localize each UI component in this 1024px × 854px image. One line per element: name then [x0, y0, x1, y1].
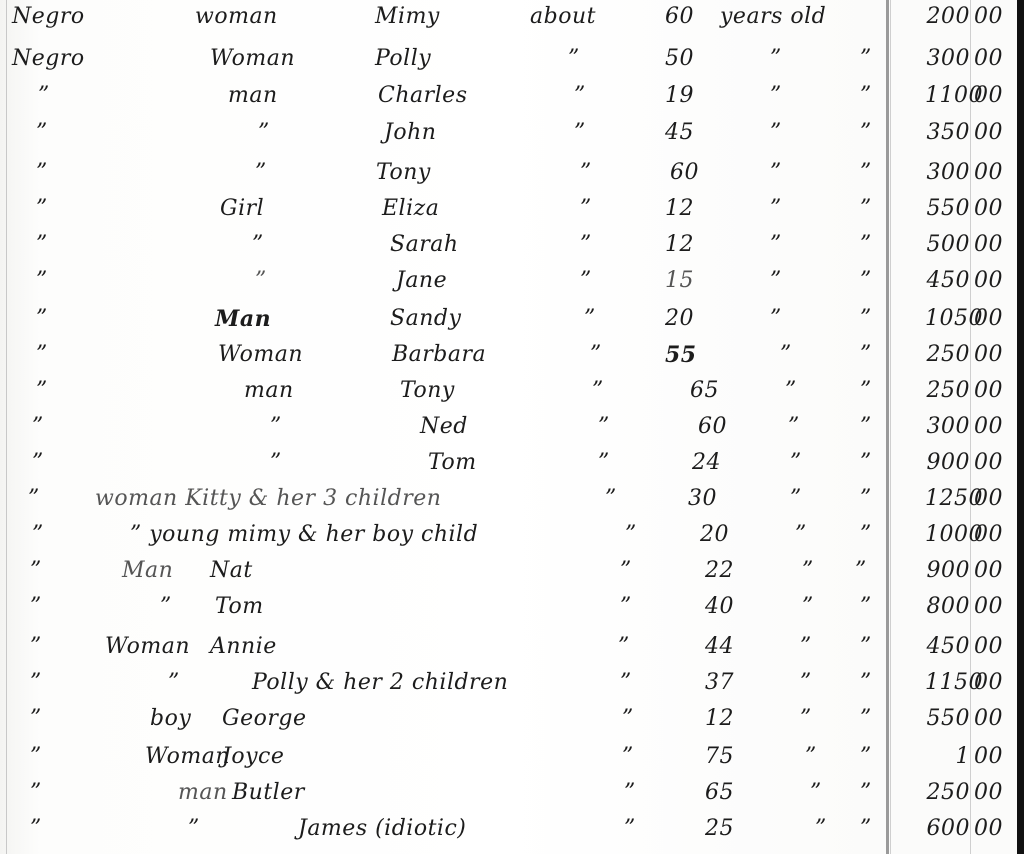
ledger-row: ” Woman Barbara ” 55 ” ” 250 00 — [0, 340, 1024, 376]
ledger-row: ” Man Nat ” 22 ” ” 900 00 — [0, 556, 1024, 592]
ledger-row: ” boy George ” 12 ” ” 550 00 — [0, 704, 1024, 740]
ledger-row: ” ” James (idiotic) ” 25 ” ” 600 00 — [0, 814, 1024, 850]
ledger-row: ” Man Sandy ” 20 ” ” 1050 00 — [0, 304, 1024, 340]
about-cell: ” — [598, 412, 610, 442]
dollars-cell: 1150 — [925, 668, 970, 698]
ditto-cell: ” — [860, 668, 872, 698]
cents-cell: 00 — [974, 194, 1003, 224]
dollars-cell: 600 — [925, 814, 970, 844]
name-cell: Ned — [420, 412, 468, 442]
cents-cell: 00 — [974, 81, 1003, 111]
age-cell: 55 — [665, 340, 697, 370]
dollars-cell: 1250 — [925, 484, 970, 514]
ledger-row: Negro woman Mimy about 60 years old 200 … — [0, 2, 1024, 38]
dollars-cell: 1100 — [925, 81, 970, 111]
age-cell: 60 — [670, 158, 699, 188]
ditto-cell: ” — [780, 340, 792, 370]
race-cell: ” — [36, 158, 48, 188]
race-cell: ” — [30, 592, 42, 622]
cents-cell: 00 — [974, 412, 1003, 442]
age-cell: 20 — [700, 520, 729, 550]
age-cell: 45 — [665, 118, 694, 148]
about-cell: ” — [598, 448, 610, 478]
name-cell: Polly — [375, 44, 431, 74]
age-cell: 20 — [665, 304, 694, 334]
type-cell: man — [228, 81, 278, 111]
dollars-cell: 900 — [925, 448, 970, 478]
cents-cell: 00 — [974, 778, 1003, 808]
dollars-cell: 800 — [925, 592, 970, 622]
dollars-cell: 300 — [925, 412, 970, 442]
dollars-cell: 350 — [925, 118, 970, 148]
age-cell: 30 — [688, 484, 717, 514]
ledger-row: ” ” Jane ” 15 ” ” 450 00 — [0, 266, 1024, 302]
ditto-cell: ” — [790, 484, 802, 514]
about-cell: ” — [574, 118, 586, 148]
ledger-row: ” man Tony ” 65 ” ” 250 00 — [0, 376, 1024, 412]
age-cell: 22 — [705, 556, 734, 586]
race-cell: ” — [30, 632, 42, 662]
ditto-cell: ” — [770, 194, 782, 224]
cents-cell: 00 — [974, 668, 1003, 698]
name-cell: Tom — [215, 592, 264, 622]
ledger-row: ” Girl Eliza ” 12 ” ” 550 00 — [0, 194, 1024, 230]
dollars-cell: 1000 — [925, 520, 970, 550]
name-cell: Polly & her 2 children — [252, 668, 508, 698]
dollars-cell: 500 — [925, 230, 970, 260]
type-cell: ” — [160, 592, 172, 622]
race-cell: ” — [38, 81, 50, 111]
race-cell: ” — [30, 778, 42, 808]
about-cell: ” — [622, 704, 634, 734]
name-cell: George — [222, 704, 306, 734]
age-cell: 15 — [665, 266, 694, 296]
ditto-cell: ” — [815, 814, 827, 844]
ditto-cell: ” — [788, 412, 800, 442]
cents-cell: 00 — [974, 556, 1003, 586]
age-cell: 65 — [690, 376, 719, 406]
dollars-cell: 300 — [925, 158, 970, 188]
about-cell: ” — [568, 44, 580, 74]
dollars-cell: 200 — [925, 2, 970, 32]
name-cell: Nat — [210, 556, 253, 586]
about-cell: ” — [580, 194, 592, 224]
ledger-row: ” man Butler ” 65 ” ” 250 00 — [0, 778, 1024, 814]
type-cell: woman — [195, 2, 278, 32]
type-cell: ” — [255, 266, 267, 296]
dollars-cell: 550 — [925, 194, 970, 224]
about-cell: about — [530, 2, 596, 32]
ditto-cell: ” — [860, 704, 872, 734]
cents-cell: 00 — [974, 44, 1003, 74]
cents-cell: 00 — [974, 520, 1003, 550]
about-cell: ” — [624, 778, 636, 808]
ditto-cell: ” — [860, 118, 872, 148]
type-cell: ” — [270, 412, 282, 442]
age-cell: 12 — [705, 704, 734, 734]
type-cell: ” — [168, 668, 180, 698]
about-cell: ” — [620, 556, 632, 586]
name-cell: Sarah — [390, 230, 459, 260]
name-cell: Sandy — [390, 304, 461, 334]
age-cell: 37 — [705, 668, 734, 698]
race-cell: ” — [36, 304, 48, 334]
dollars-cell: 1 — [925, 742, 970, 772]
about-cell: ” — [584, 304, 596, 334]
ditto-cell: ” — [785, 376, 797, 406]
name-cell: Mimy — [375, 2, 440, 32]
about-cell: ” — [620, 668, 632, 698]
cents-cell: 00 — [974, 118, 1003, 148]
race-cell: ” — [36, 230, 48, 260]
type-cell: Man — [122, 556, 173, 586]
race-cell: ” — [30, 814, 42, 844]
about-cell: ” — [625, 520, 637, 550]
ditto-cell: ” — [790, 448, 802, 478]
ledger-row: ” ” Sarah ” 12 ” ” 500 00 — [0, 230, 1024, 266]
name-cell: Annie — [210, 632, 277, 662]
ditto-cell: ” — [855, 556, 867, 586]
ditto-cell: ” — [770, 44, 782, 74]
cents-cell: 00 — [974, 814, 1003, 844]
dollars-cell: 450 — [925, 632, 970, 662]
race-cell: ” — [30, 704, 42, 734]
ditto-cell: ” — [860, 778, 872, 808]
ditto-cell: ” — [860, 742, 872, 772]
years-old-cell: years old — [720, 2, 826, 32]
name-cell: Tony — [400, 376, 455, 406]
about-cell: ” — [624, 814, 636, 844]
ditto-cell: ” — [860, 632, 872, 662]
dollars-cell: 550 — [925, 704, 970, 734]
type-cell: Girl — [220, 194, 264, 224]
name-cell: Barbara — [392, 340, 486, 370]
ditto-cell: ” — [800, 632, 812, 662]
type-cell: ” — [188, 814, 200, 844]
race-cell: Negro — [12, 44, 85, 74]
race-cell: ” — [30, 556, 42, 586]
ledger-row: ” Woman Joyce ” 75 ” ” 1 00 — [0, 742, 1024, 778]
ledger-row: ” Woman Annie ” 44 ” ” 450 00 — [0, 632, 1024, 668]
ditto-cell: ” — [860, 376, 872, 406]
cents-cell: 00 — [974, 266, 1003, 296]
name-cell: Tony — [376, 158, 431, 188]
cents-cell: 00 — [974, 158, 1003, 188]
type-cell: ” — [252, 230, 264, 260]
race-cell: ” — [36, 194, 48, 224]
age-cell: 65 — [705, 778, 734, 808]
age-cell: 12 — [665, 230, 694, 260]
age-cell: 25 — [705, 814, 734, 844]
dollars-cell: 450 — [925, 266, 970, 296]
age-cell: 60 — [665, 2, 694, 32]
name-cell: Eliza — [382, 194, 439, 224]
cents-cell: 00 — [974, 448, 1003, 478]
age-cell: 12 — [665, 194, 694, 224]
type-cell: Woman — [145, 742, 230, 772]
ditto-cell: ” — [770, 304, 782, 334]
cents-cell: 00 — [974, 340, 1003, 370]
ditto-cell: ” — [802, 592, 814, 622]
description-cell: ” young mimy & her boy child — [130, 520, 478, 550]
ledger-row: ” ” Tom ” 40 ” ” 800 00 — [0, 592, 1024, 628]
race-cell: ” — [30, 742, 42, 772]
ledger-row: ” ” John ” 45 ” ” 350 00 — [0, 118, 1024, 154]
about-cell: ” — [605, 484, 617, 514]
ditto-cell: ” — [860, 814, 872, 844]
about-cell: ” — [618, 632, 630, 662]
dollars-cell: 300 — [925, 44, 970, 74]
about-cell: ” — [574, 81, 586, 111]
ditto-cell: ” — [860, 304, 872, 334]
ledger-row: ” ” Tom ” 24 ” ” 900 00 — [0, 448, 1024, 484]
about-cell: ” — [580, 158, 592, 188]
ledger-row: ” man Charles ” 19 ” ” 1100 00 — [0, 81, 1024, 117]
cents-cell: 00 — [974, 592, 1003, 622]
cents-cell: 00 — [974, 230, 1003, 260]
ditto-cell: ” — [860, 81, 872, 111]
cents-cell: 00 — [974, 704, 1003, 734]
ledger-row: ” ” young mimy & her boy child ” 20 ” ” … — [0, 520, 1024, 556]
type-cell: Woman — [218, 340, 303, 370]
name-cell: Charles — [378, 81, 467, 111]
about-cell: ” — [620, 592, 632, 622]
name-cell: James (idiotic) — [298, 814, 466, 844]
race-cell: ” — [32, 448, 44, 478]
dollars-cell: 900 — [925, 556, 970, 586]
ditto-cell: ” — [860, 412, 872, 442]
ditto-cell: ” — [860, 230, 872, 260]
ditto-cell: ” — [860, 44, 872, 74]
age-cell: 75 — [705, 742, 734, 772]
about-cell: ” — [580, 266, 592, 296]
dollars-cell: 250 — [925, 778, 970, 808]
dollars-cell: 250 — [925, 340, 970, 370]
about-cell: ” — [580, 230, 592, 260]
about-cell: ” — [590, 340, 602, 370]
type-cell: Woman — [210, 44, 295, 74]
age-cell: 44 — [705, 632, 734, 662]
type-cell: ” — [255, 158, 267, 188]
ditto-cell: ” — [770, 230, 782, 260]
name-cell: Tom — [428, 448, 477, 478]
ditto-cell: ” — [805, 742, 817, 772]
ledger-page: Negro woman Mimy about 60 years old 200 … — [0, 0, 1024, 854]
ledger-row: Negro Woman Polly ” 50 ” ” 300 00 — [0, 44, 1024, 80]
ditto-cell: ” — [800, 668, 812, 698]
cents-cell: 00 — [974, 2, 1003, 32]
ditto-cell: ” — [860, 194, 872, 224]
type-cell: man — [244, 376, 294, 406]
ditto-cell: ” — [860, 520, 872, 550]
type-cell: ” — [270, 448, 282, 478]
race-cell: Negro — [12, 2, 85, 32]
age-cell: 60 — [698, 412, 727, 442]
ledger-row: ” ” Polly & her 2 children ” 37 ” ” 1150… — [0, 668, 1024, 704]
ditto-cell: ” — [860, 158, 872, 188]
about-cell: ” — [592, 376, 604, 406]
race-cell: ” — [36, 376, 48, 406]
race-cell: ” — [36, 340, 48, 370]
ditto-cell: ” — [810, 778, 822, 808]
age-cell: 50 — [665, 44, 694, 74]
race-cell: ” — [30, 668, 42, 698]
ditto-cell: ” — [860, 340, 872, 370]
ditto-cell: ” — [770, 118, 782, 148]
dollars-cell: 1050 — [925, 304, 970, 334]
type-cell: boy — [150, 704, 191, 734]
name-cell: Jane — [396, 266, 447, 296]
ditto-cell: ” — [770, 81, 782, 111]
age-cell: 19 — [665, 81, 694, 111]
race-cell: ” — [36, 266, 48, 296]
ditto-cell: ” — [802, 556, 814, 586]
about-cell: ” — [622, 742, 634, 772]
ditto-cell: ” — [860, 448, 872, 478]
ledger-row: ” woman Kitty & her 3 children ” 30 ” ” … — [0, 484, 1024, 520]
ledger-row: ” ” Ned ” 60 ” ” 300 00 — [0, 412, 1024, 448]
age-cell: 40 — [705, 592, 734, 622]
name-cell: John — [384, 118, 436, 148]
cents-cell: 00 — [974, 484, 1003, 514]
race-cell: ” — [28, 484, 40, 514]
type-cell: Man — [215, 304, 271, 334]
type-cell: Woman — [105, 632, 190, 662]
ledger-row: ” ” Tony ” 60 ” ” 300 00 — [0, 158, 1024, 194]
ditto-cell: ” — [795, 520, 807, 550]
cents-cell: 00 — [974, 742, 1003, 772]
name-cell: Joyce — [222, 742, 284, 772]
name-cell: Butler — [232, 778, 305, 808]
race-cell: ” — [32, 412, 44, 442]
ditto-cell: ” — [860, 484, 872, 514]
cents-cell: 00 — [974, 376, 1003, 406]
race-cell: ” — [32, 520, 44, 550]
ditto-cell: ” — [770, 158, 782, 188]
description-cell: woman Kitty & her 3 children — [95, 484, 441, 514]
ditto-cell: ” — [860, 266, 872, 296]
cents-cell: 00 — [974, 632, 1003, 662]
age-cell: 24 — [692, 448, 721, 478]
ditto-cell: ” — [770, 266, 782, 296]
ditto-cell: ” — [860, 592, 872, 622]
dollars-cell: 250 — [925, 376, 970, 406]
race-cell: ” — [36, 118, 48, 148]
type-cell: man — [178, 778, 228, 808]
ditto-cell: ” — [800, 704, 812, 734]
cents-cell: 00 — [974, 304, 1003, 334]
type-cell: ” — [258, 118, 270, 148]
